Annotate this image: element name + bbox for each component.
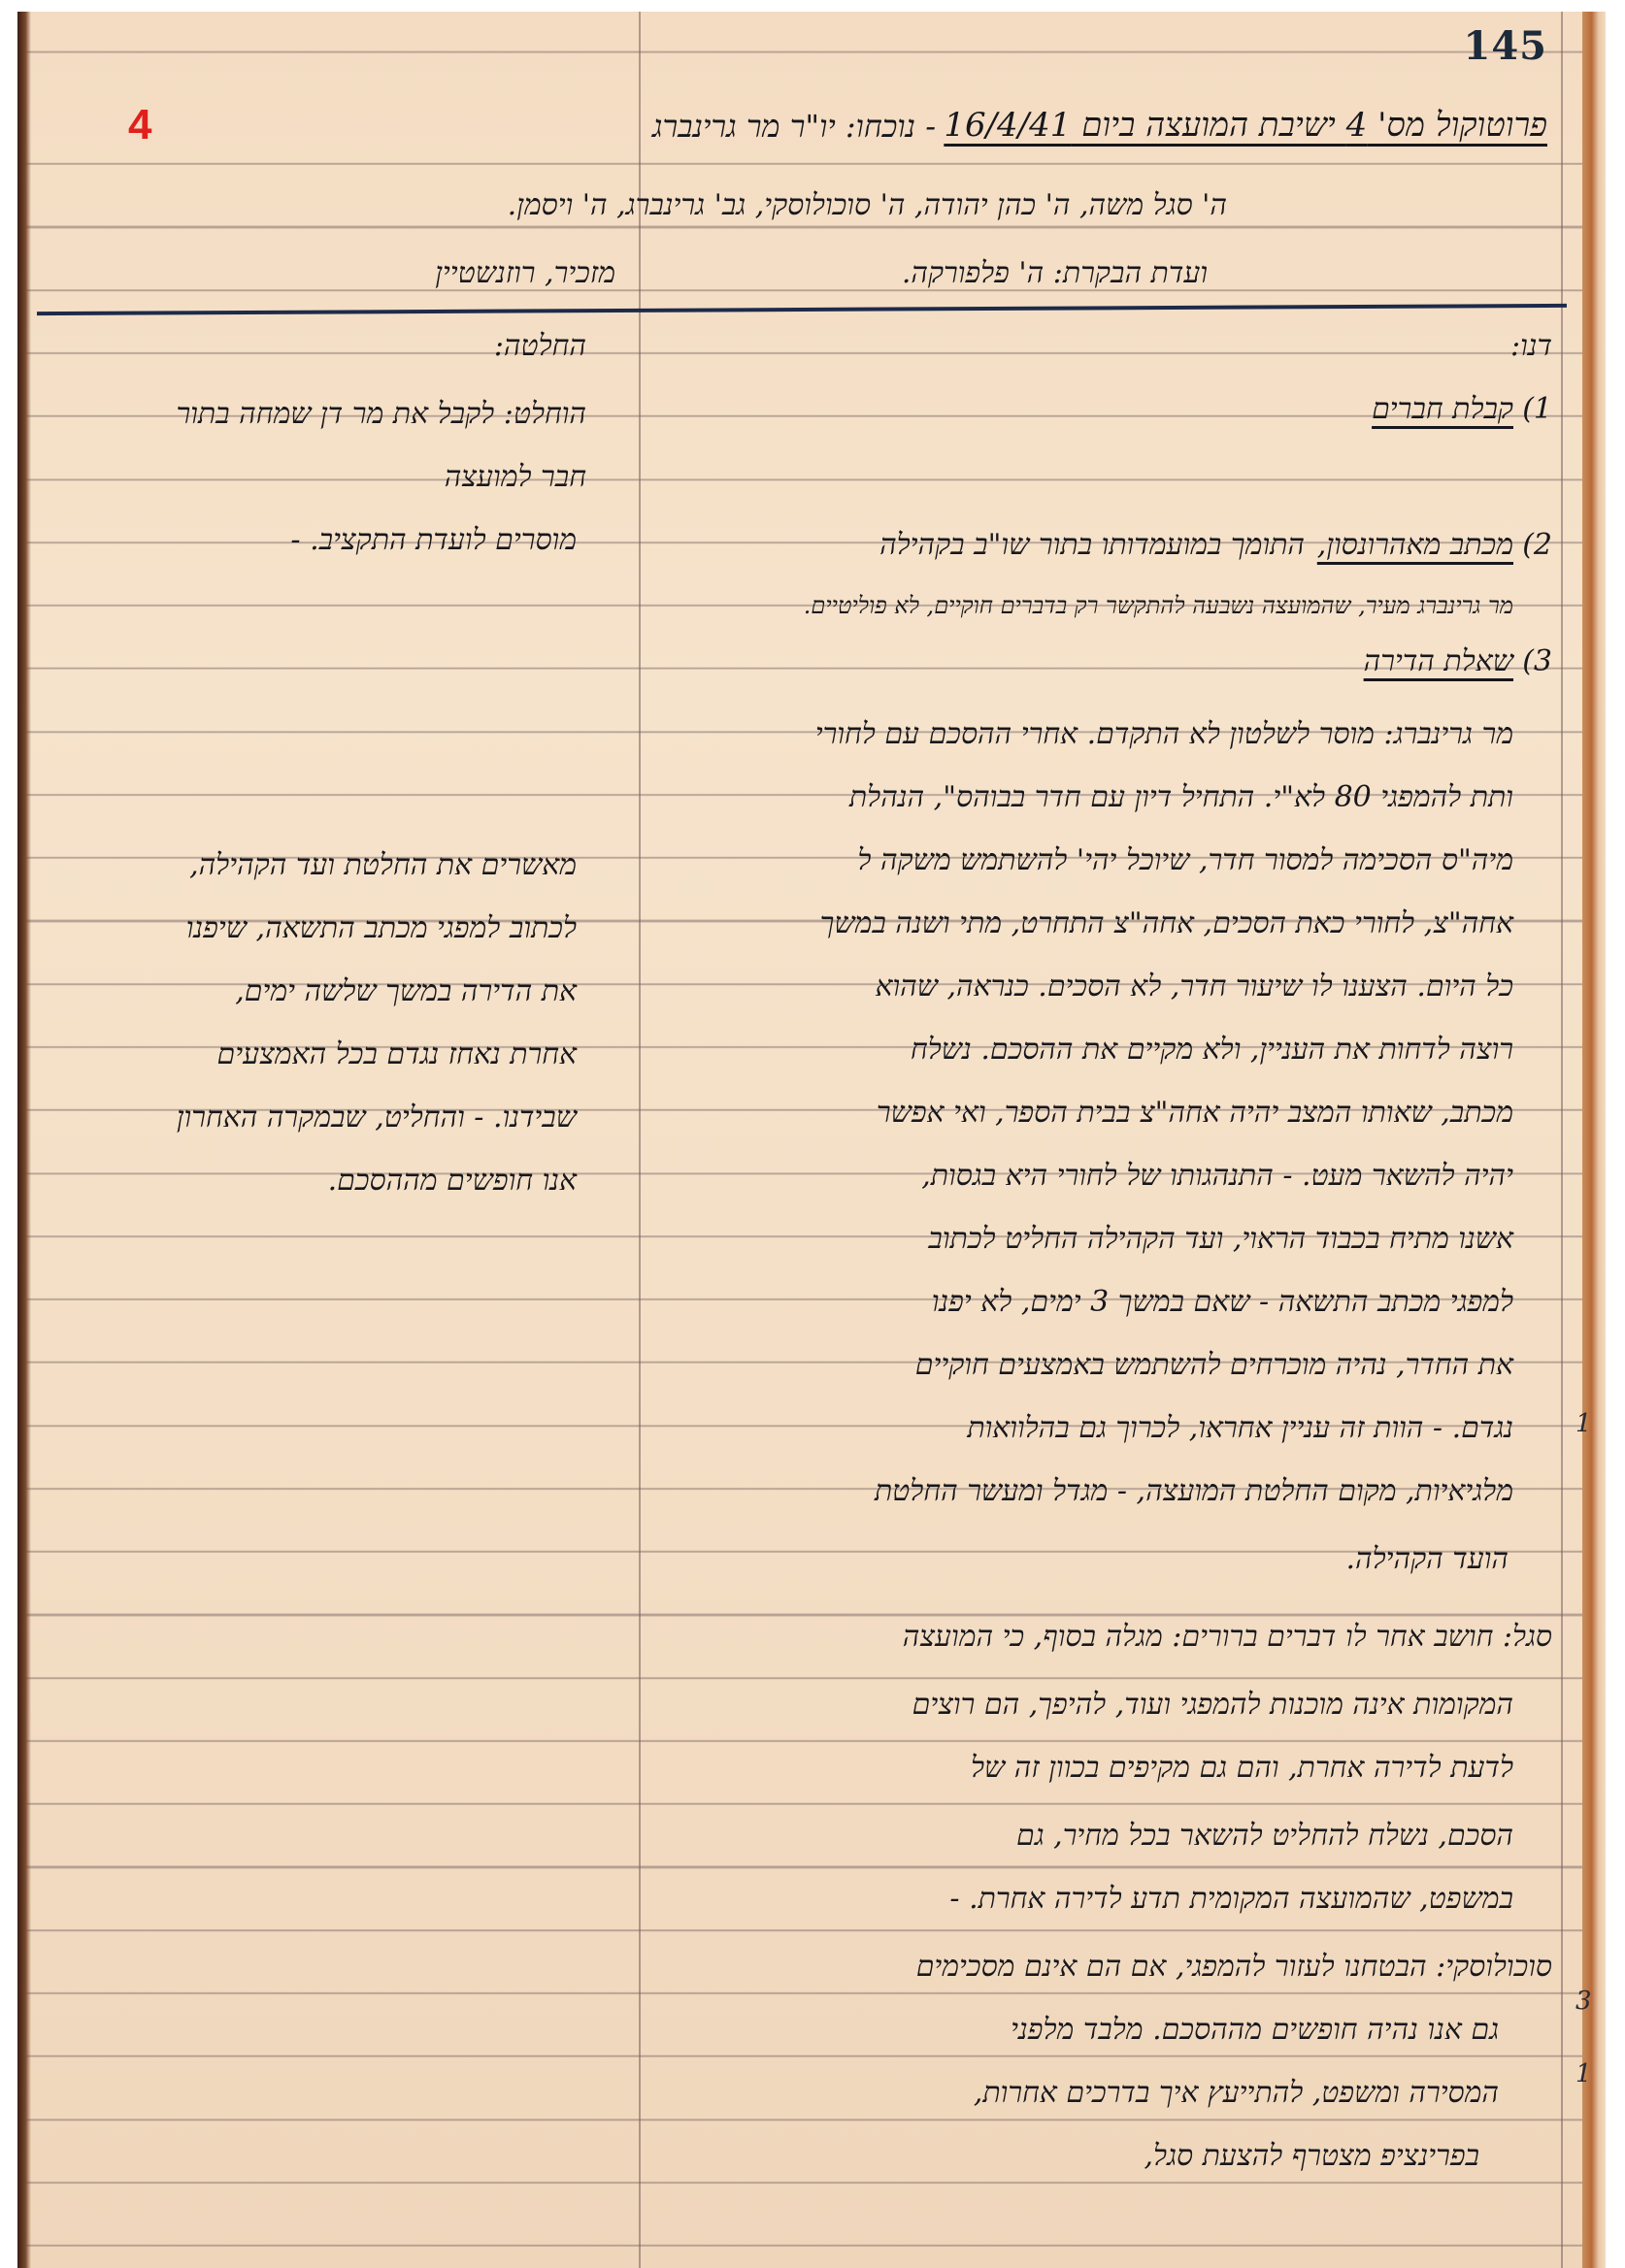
resolution-line: את הדירה במשך שלשה ימים, (235, 977, 577, 1006)
resolution-line: הוחלט: לקבל את מר דן שמחה בתור (176, 400, 586, 429)
item-number: 3) (1522, 647, 1552, 676)
resolution-line: מאשרים את החלטת ועד הקהילה, (189, 851, 577, 880)
paragraph-line: במשפט, שהמועצה המקומית תדע לדירה אחרת. - (949, 1885, 1513, 1914)
paragraph-line: סוכולוסקי: הבטחנו לעזור להמפגי, אם הם אי… (916, 1953, 1552, 1982)
right-margin-line (1561, 12, 1563, 2268)
item-text: התומך במועמדותו בתור שו"ב בקהילה (879, 531, 1305, 560)
margin-mark: 3 (1575, 1987, 1592, 2016)
resolution-line: שבידנו. - והחליט, שבמקרה האחרון (177, 1103, 577, 1133)
attendees-list: ה' סגל משה, ה' כהן יהודה, ה' סוכולוסקי, … (508, 191, 1227, 220)
paragraph-line: מר גרינברג: מוסר לשלטון לא התקדם. אחרי ה… (815, 720, 1513, 749)
paragraph-line: אשנו מתיח בכבוד הראוי, ועד הקהילה החליט … (928, 1225, 1513, 1254)
paragraph-line: המסירה ומשפט, להתייעץ איך בדרכים אחרות, (974, 2079, 1499, 2108)
paragraph-line: המקומות אינה מוכנות להמפגי ועוד, להיפך, … (912, 1691, 1513, 1720)
header-divider-rule (37, 304, 1567, 315)
item-number: 2) (1522, 531, 1552, 560)
item-heading: קבלת חברים (1372, 395, 1513, 424)
resolution-line: אחרת נאחז נגדם בכל האמצעים (217, 1040, 577, 1069)
paragraph-line: לדעת לדירה אחרת, והם גם מקיפים בכוון זה … (971, 1754, 1513, 1783)
audit-committee: ועדת הבקרת: ה' פלפורקה. (902, 259, 1208, 288)
paragraph-line: רוצה לדחות את העניין, ולא מקיים את ההסכם… (911, 1035, 1513, 1065)
protocol-title: פרוטוקול מס' 4 ישיבת המועצה ביום 16/4/41 (944, 109, 1547, 142)
red-page-label: 4 (128, 101, 151, 149)
paragraph-line: הסכם, נשלח להחליט להשאר בכל מחיר, גם (1016, 1822, 1513, 1851)
paragraph-line: גם אנו נהיה חופשים מההסכם. מלבד מלפני (1011, 2016, 1499, 2045)
column-divider-line (639, 12, 641, 2268)
paragraph-line: סגל: חושב אחר לו דברים ברורים: מגלה בסוף… (903, 1623, 1552, 1652)
paragraph-line: כל היום. הצענו לו שיעור חדר, לא הסכים. כ… (875, 972, 1513, 1002)
paragraph-line: בפרינציפ מצטרף להצעת סגל, (1144, 2142, 1479, 2171)
paragraph-line: מלגיאיות, מקום החלטת המועצה, - מגדל ומעש… (875, 1477, 1513, 1506)
paragraph-line: את החדר, נהיה מוכרחים להשתמש באמצעים חוק… (915, 1351, 1513, 1380)
item-note: מר גרינברג מעיר, שהמועצה נשבעה להתקשר רק… (804, 594, 1513, 617)
paragraph-line: מיה"ס הסכימה למסור חדר, שיוכל יהי' להשתמ… (857, 846, 1513, 875)
resolution-label: החלטה: (494, 332, 586, 361)
discussed-label: דנו: (1510, 332, 1552, 361)
paragraph-line: אחה"צ, לחורי כאת הסכים, אחה"צ התחרט, מתי… (820, 909, 1513, 938)
paragraph-line: ותת להמפגי 80 לא"י. התחיל דיון עם חדר בב… (849, 783, 1513, 812)
paragraph-line: יהיה להשאר מעט. - התנהגותו של לחורי היא … (921, 1162, 1513, 1191)
secretary-signature: מזכיר, רוזנשטיין (435, 259, 615, 288)
attendees-prefix: - נוכחו: יו"ר מר גרינברג (652, 111, 936, 142)
resolution-line: אנו חופשים מההסכם. (328, 1167, 577, 1196)
item-number: 1) (1522, 395, 1552, 424)
item-heading: מכתב מאהרונסון, (1317, 531, 1513, 560)
page-binding-edge (1582, 12, 1606, 2268)
resolution-line: חבר למועצה (445, 463, 586, 492)
margin-mark: 1 (1575, 2059, 1592, 2088)
resolution-line: מוסרים לועדת התקציב. - (290, 526, 577, 555)
notebook-page: 4 145 פרוטוקול מס' 4 ישיבת המועצה ביום 1… (17, 12, 1606, 2268)
paragraph-line: הועד הקהילה. (1346, 1545, 1509, 1574)
margin-mark: 1 (1575, 1409, 1592, 1438)
page-number-stamp: 145 (1464, 23, 1548, 69)
resolution-line: לכתוב למפגי מכתב התשאה, שיפנו (186, 914, 577, 943)
paragraph-line: מכתב, שאותו המצב יהיה אחה"צ בבית הספר, ו… (877, 1099, 1513, 1128)
item-heading: שאלת הדירה (1364, 647, 1513, 676)
paragraph-line: נגדם. - הוות זה עניין אחראו, לכרוך גם בה… (967, 1414, 1513, 1443)
page-left-edge (17, 12, 31, 2268)
paragraph-line: למפגי מכתב התשאה - שאם במשך 3 ימים, לא י… (932, 1288, 1513, 1317)
